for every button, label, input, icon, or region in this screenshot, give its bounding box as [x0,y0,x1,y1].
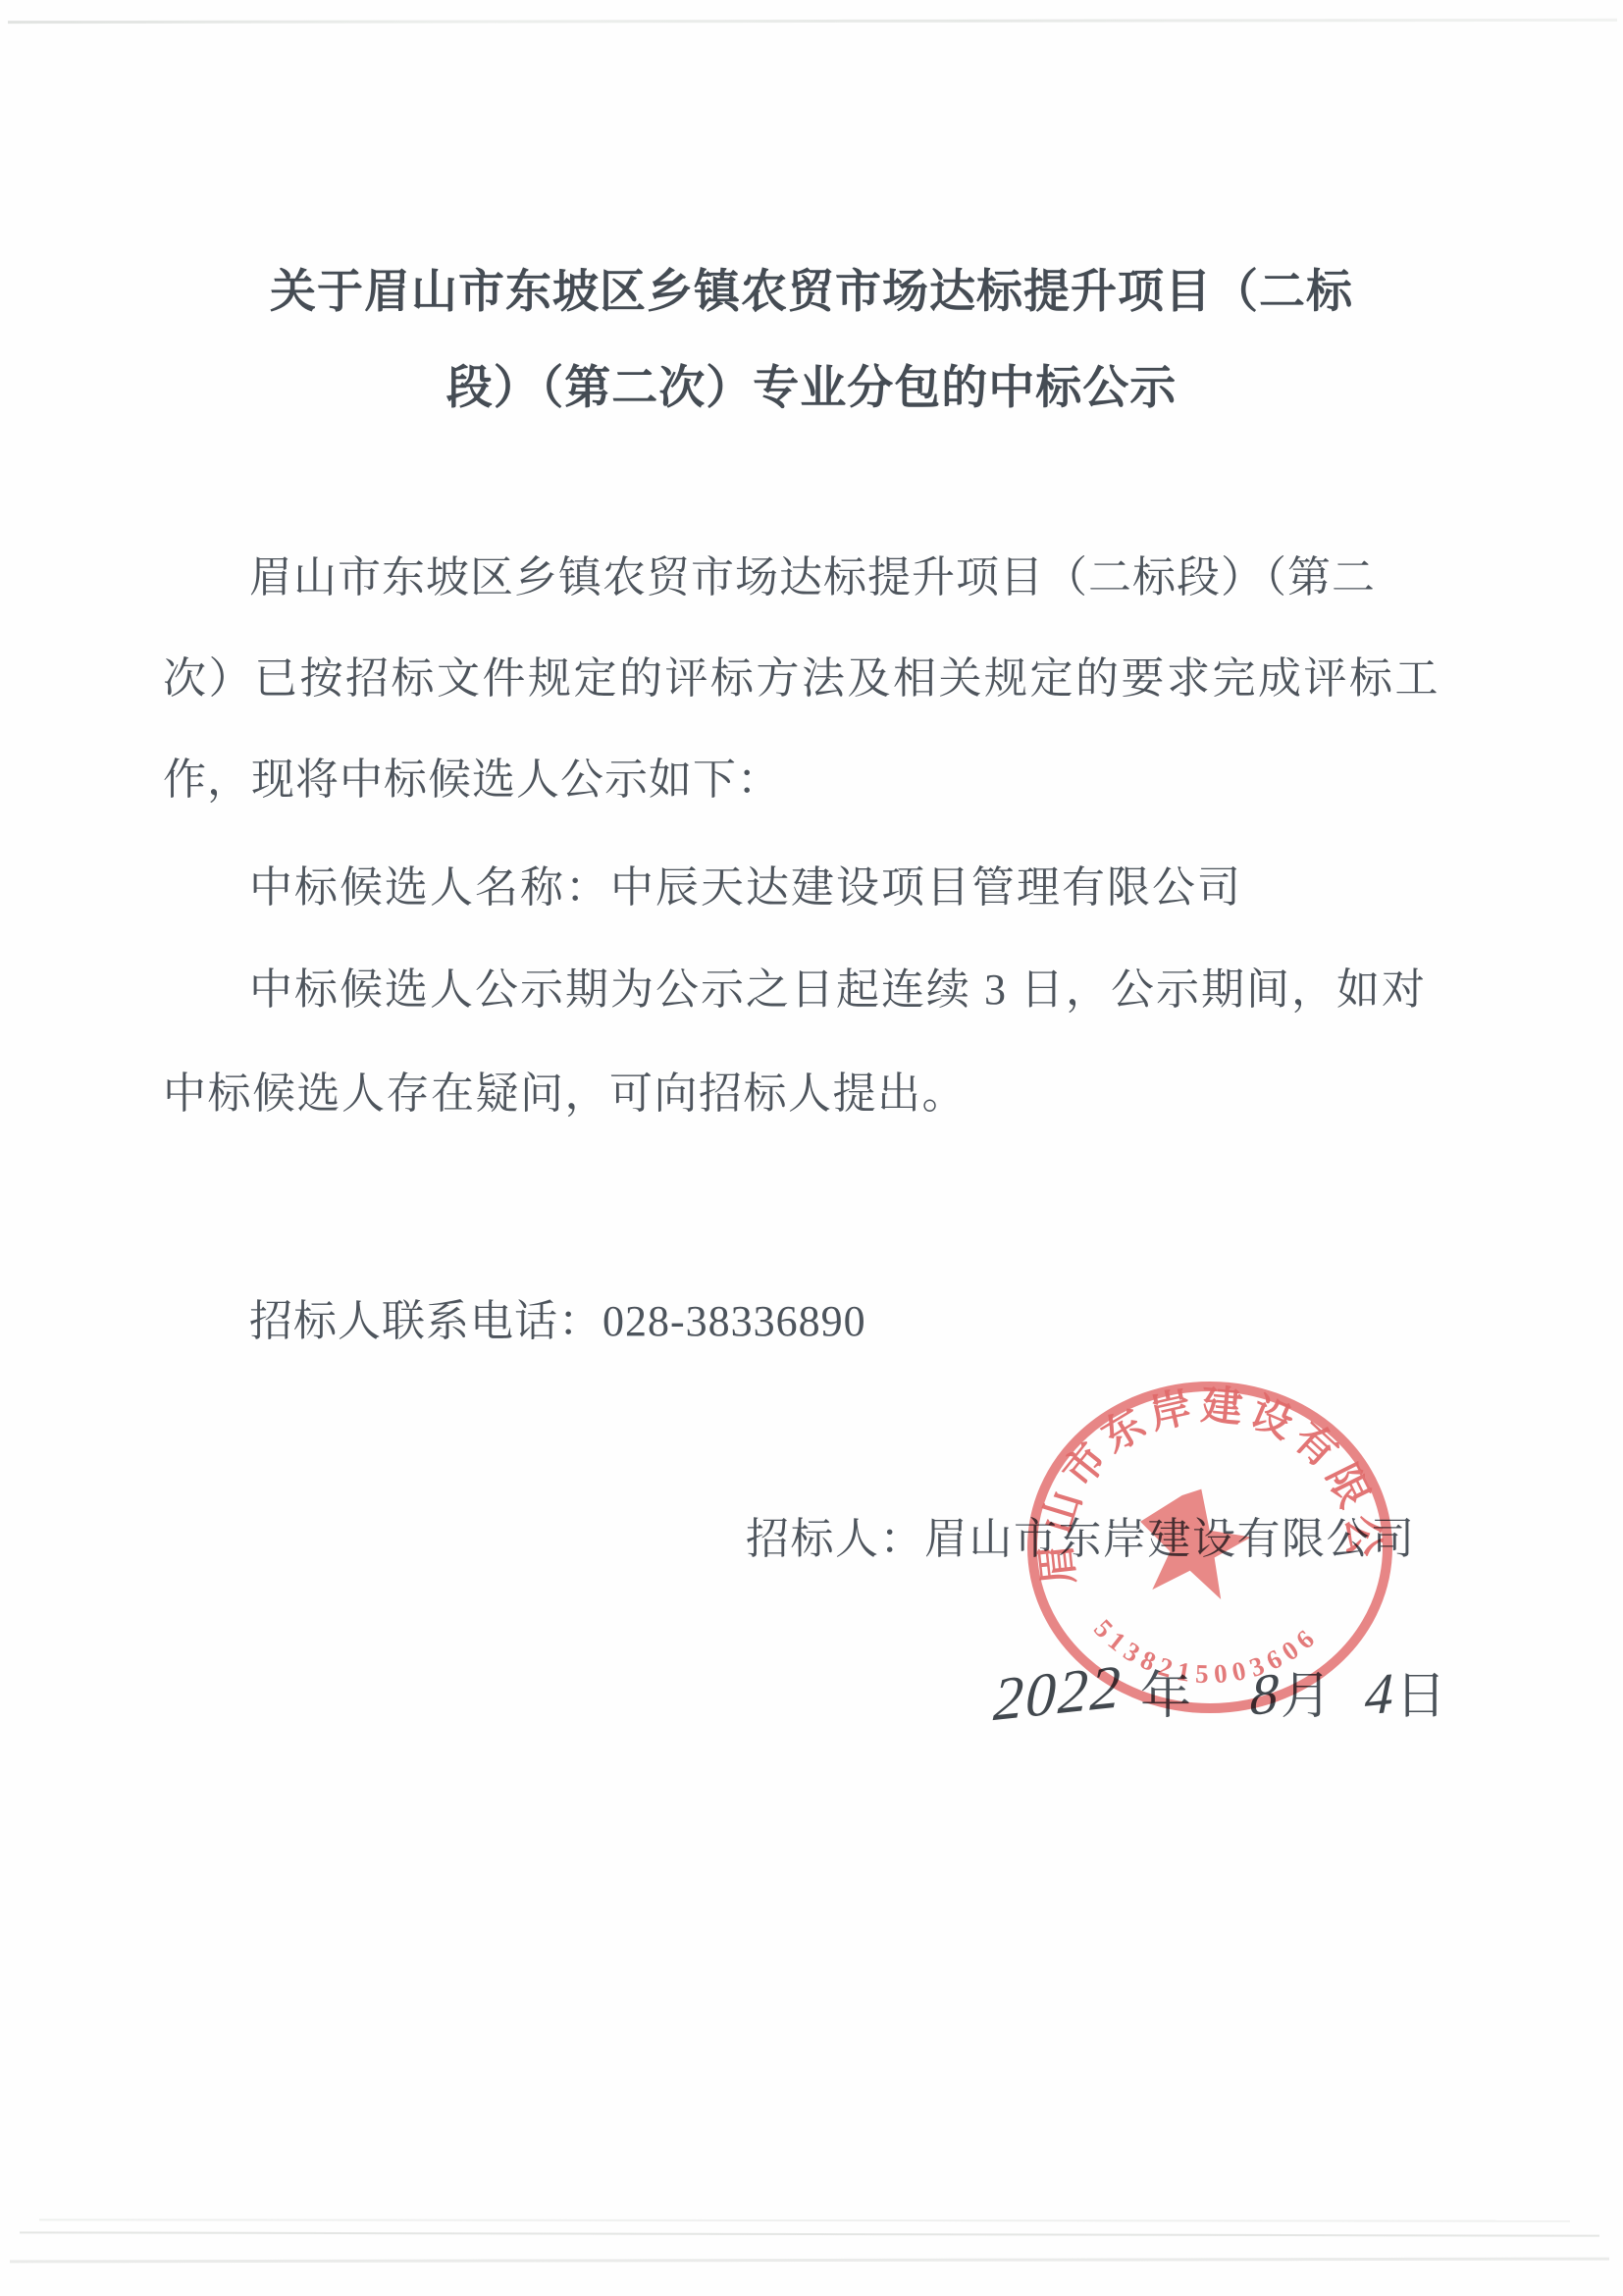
page-title-line-1: 关于眉山市东坡区乡镇农贸市场达标提升项目（二标 [0,255,1623,321]
scan-artifact-bottom [10,2258,1609,2264]
scan-artifact-top [8,19,1617,24]
body-line-6: 中标候选人存在疑问，可向招标人提出。 [163,1058,967,1121]
star-icon [1140,1489,1251,1599]
body-line-2: 次）已按招标文件规定的评标方法及相关规定的要求完成评标工 [163,643,1440,705]
scan-artifact-bottom [20,2231,1599,2236]
document-page: 关于眉山市东坡区乡镇农贸市场达标提升项目（二标 段）（第二次）专业分包的中标公示… [0,0,1623,2296]
body-line-5: 中标候选人公示期为公示之日起连续 3 日，公示期间，如对 [249,954,1427,1017]
body-line-3: 作，现将中标候选人公示如下： [163,744,781,807]
scan-artifact-bottom [39,2218,1570,2221]
body-line-4: 中标候选人名称：中辰天达建设项目管理有限公司 [249,852,1242,914]
stamp-serial-text: 5138215003606 [1088,1614,1324,1690]
page-title-line-2: 段）（第二次）专业分包的中标公示 [0,351,1623,417]
body-line-1: 眉山市东坡区乡镇农贸市场达标提升项目（二标段）（第二 [249,542,1376,604]
phone-line: 招标人联系电话：028-38336890 [249,1285,866,1348]
company-stamp: 眉山市东岸建设有限公司 5138215003606 [1021,1369,1403,1730]
